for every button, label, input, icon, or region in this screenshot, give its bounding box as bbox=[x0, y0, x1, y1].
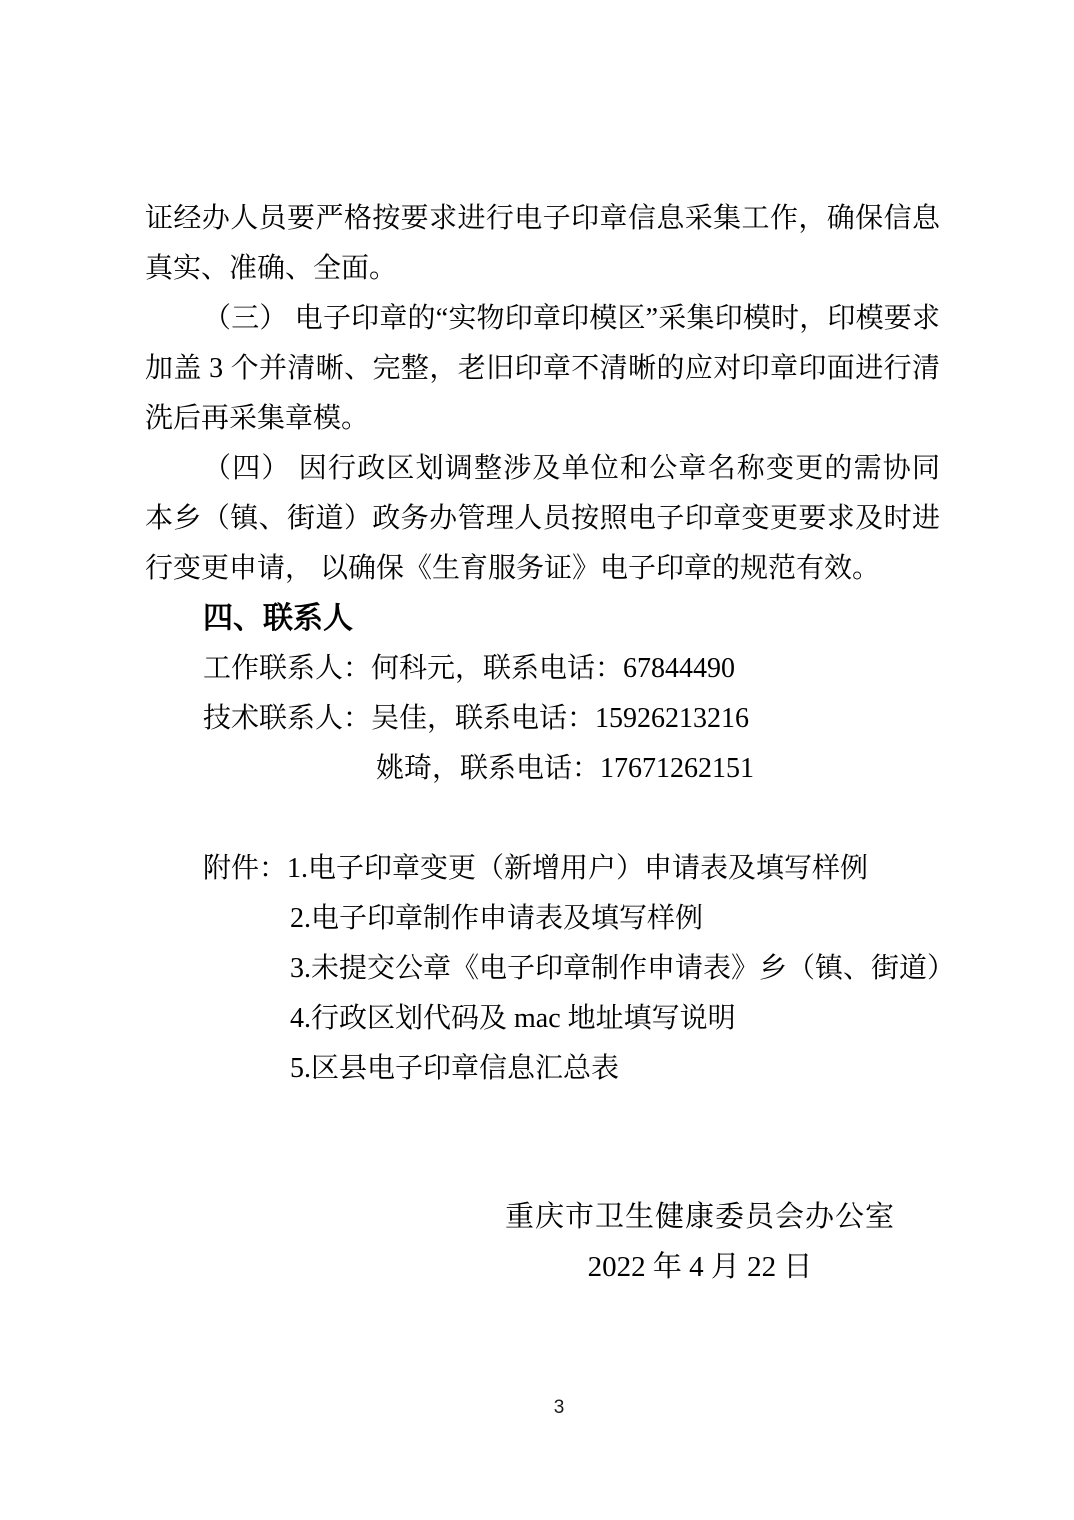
signature-block: 重庆市卫生健康委员会办公室 2022 年 4 月 22 日 bbox=[502, 1192, 898, 1292]
contact-line: 工作联系人：何科元，联系电话：67844490 bbox=[145, 644, 940, 694]
attachment-item: 4.行政区划代码及 mac 地址填写说明 bbox=[145, 994, 940, 1044]
attachment-item: 附件：1.电子印章变更（新增用户）申请表及填写样例 bbox=[145, 844, 940, 894]
signature-organization: 重庆市卫生健康委员会办公室 bbox=[502, 1192, 898, 1242]
paragraph-line: 本乡（镇、街道）政务办管理人员按照电子印章变更要求及时进 bbox=[145, 494, 940, 544]
contact-line: 技术联系人：吴佳，联系电话：15926213216 bbox=[145, 694, 940, 744]
paragraph-line: 洗后再采集章模。 bbox=[145, 394, 940, 444]
document-body: 证经办人员要严格按要求进行电子印章信息采集工作，确保信息 真实、准确、全面。 （… bbox=[145, 194, 940, 1094]
blank-line bbox=[145, 794, 940, 844]
document-page: 证经办人员要严格按要求进行电子印章信息采集工作，确保信息 真实、准确、全面。 （… bbox=[0, 0, 1074, 1520]
contact-line: 姚琦，联系电话：17671262151 bbox=[145, 744, 940, 794]
attachment-item: 2.电子印章制作申请表及填写样例 bbox=[145, 894, 940, 944]
signature-date: 2022 年 4 月 22 日 bbox=[502, 1242, 898, 1292]
paragraph-line: 行变更申请， 以确保《生育服务证》电子印章的规范有效。 bbox=[145, 544, 940, 594]
section-heading: 四、联系人 bbox=[145, 594, 940, 644]
paragraph-line: 真实、准确、全面。 bbox=[145, 244, 940, 294]
paragraph-line: （四） 因行政区划调整涉及单位和公章名称变更的需协同 bbox=[145, 444, 940, 494]
attachment-item: 3.未提交公章《电子印章制作申请表》乡（镇、街道） bbox=[145, 944, 940, 994]
attachment-item: 5.区县电子印章信息汇总表 bbox=[145, 1044, 940, 1094]
paragraph-line: 证经办人员要严格按要求进行电子印章信息采集工作，确保信息 bbox=[145, 194, 940, 244]
paragraph-line: 加盖 3 个并清晰、完整，老旧印章不清晰的应对印章印面进行清 bbox=[145, 344, 940, 394]
page-number: 3 bbox=[0, 1396, 1074, 1420]
paragraph-line: （三） 电子印章的“实物印章印模区”采集印模时，印模要求 bbox=[145, 294, 940, 344]
